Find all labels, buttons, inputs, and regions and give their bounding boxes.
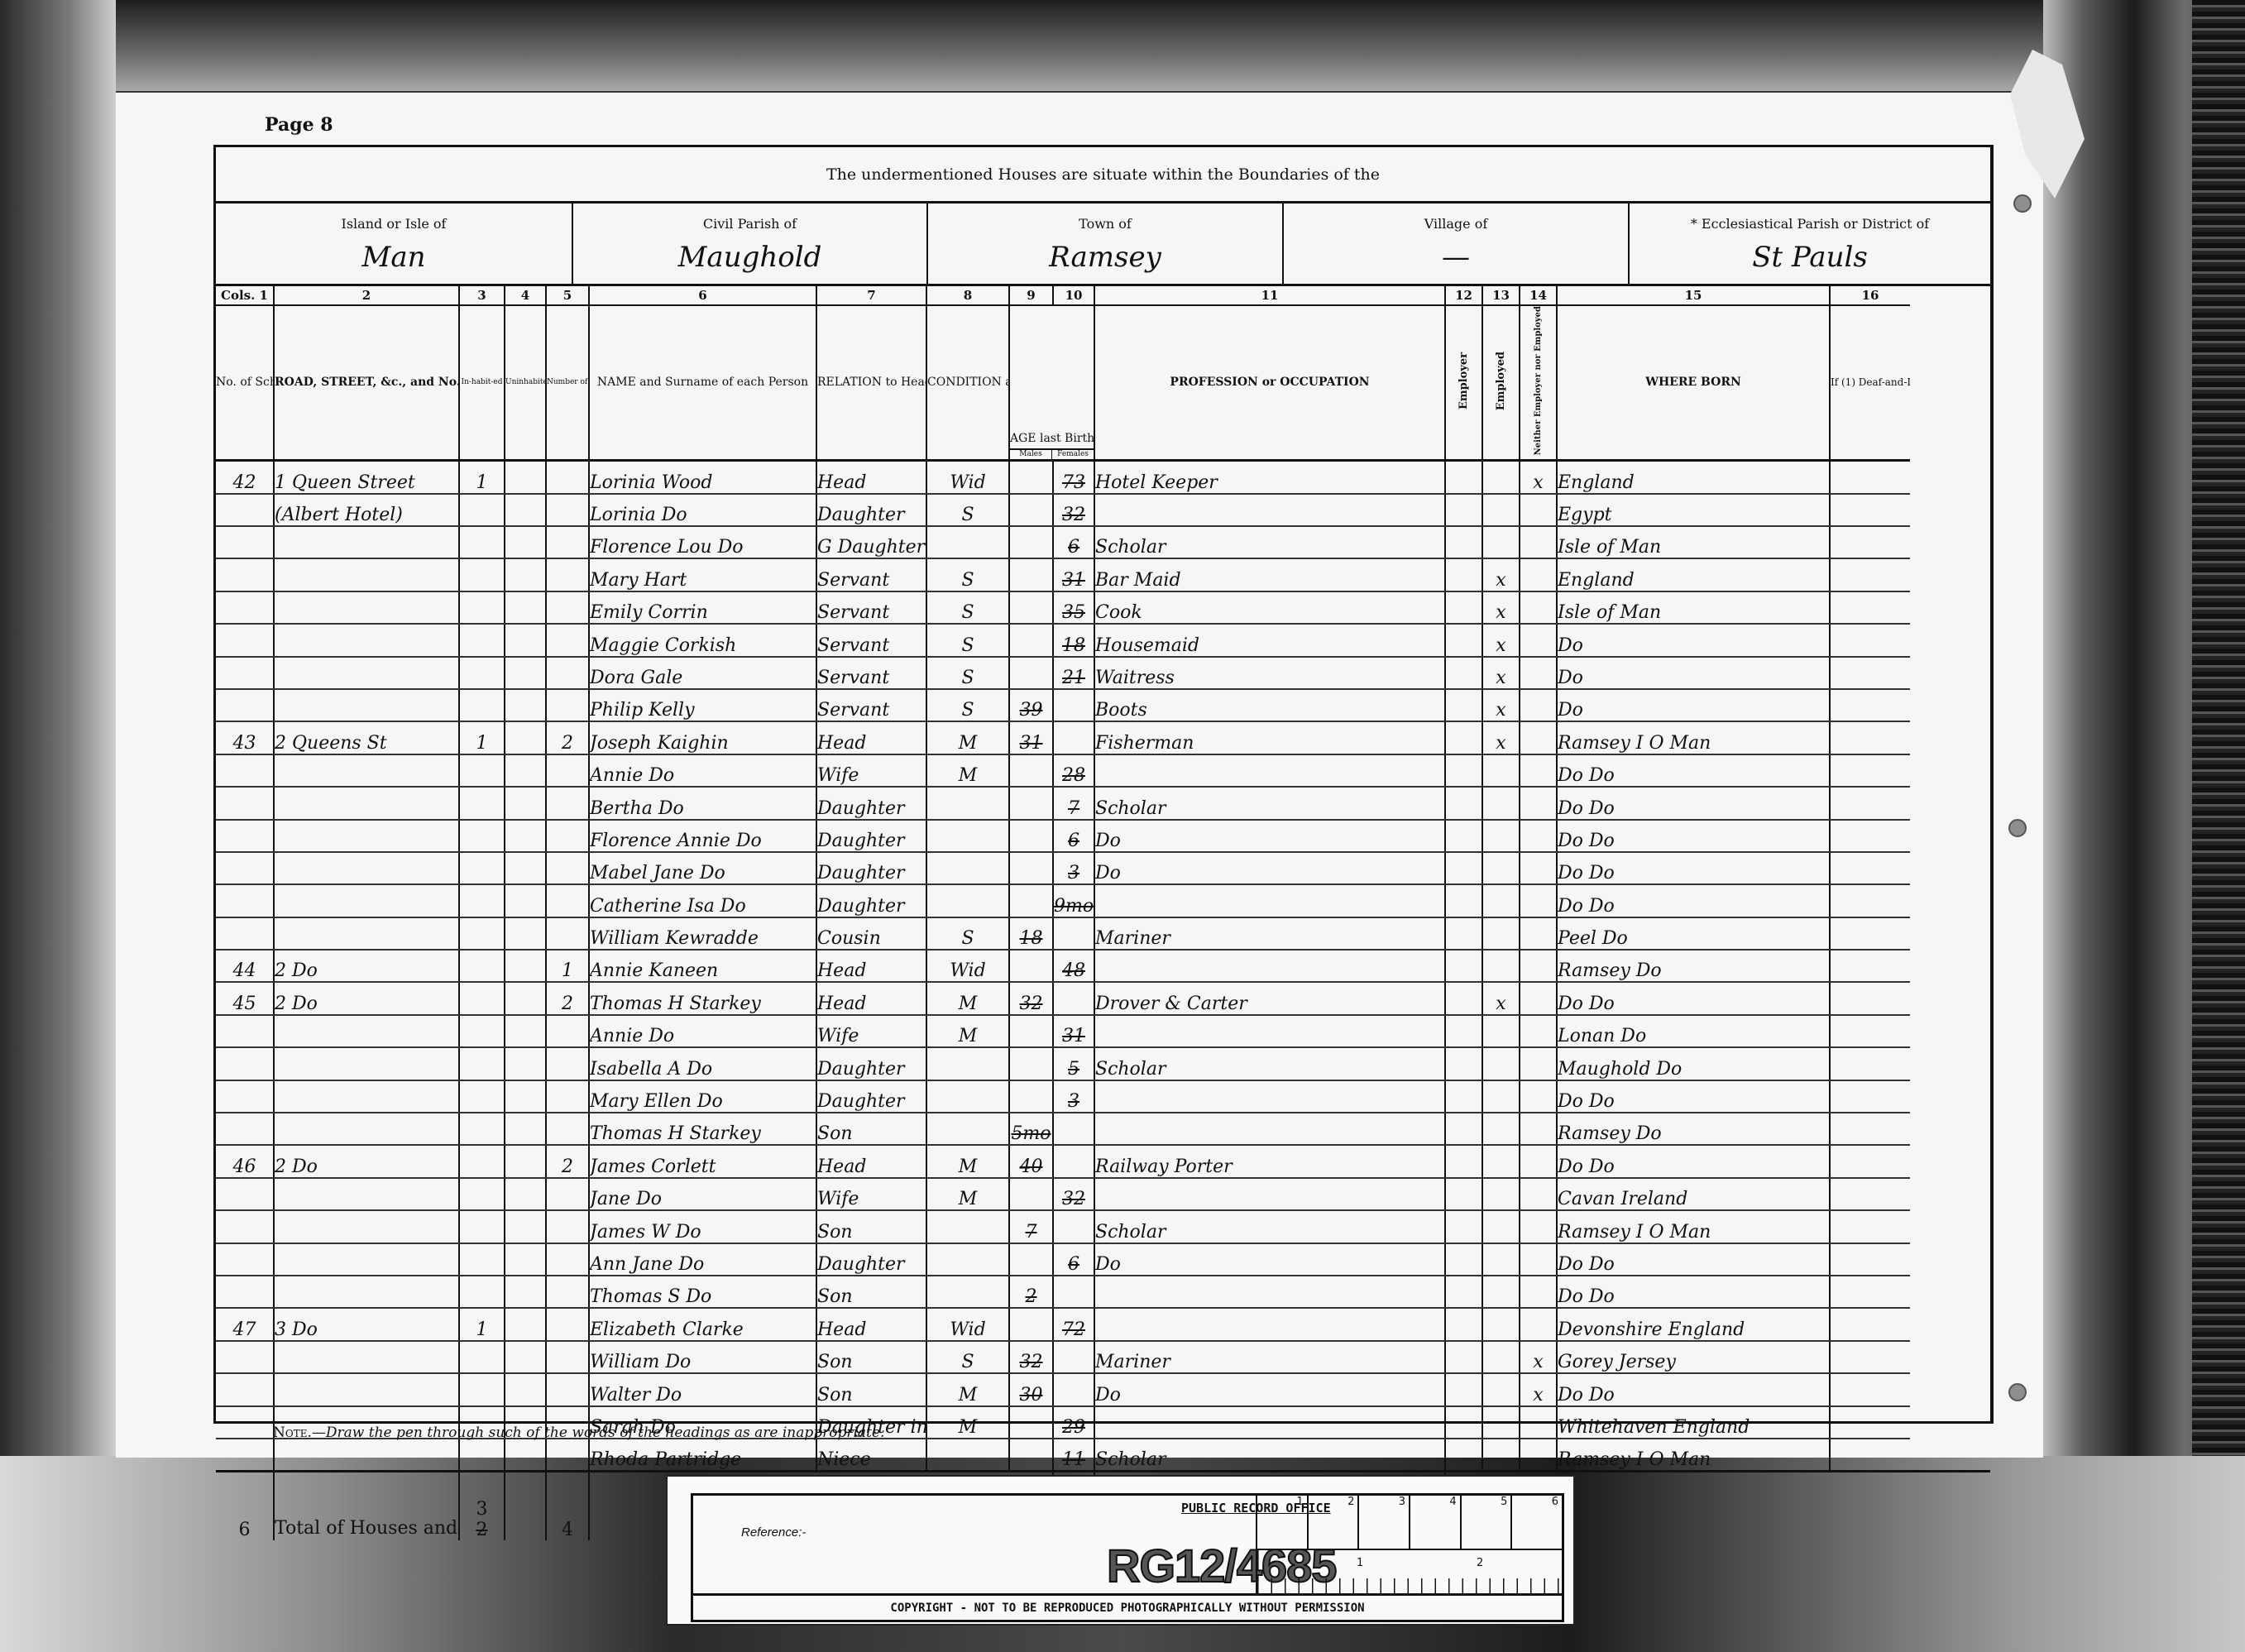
cell-relation: Son (816, 1276, 926, 1308)
cell-rooms: 1 (546, 950, 589, 982)
cell-infirmity (1830, 1341, 1910, 1373)
cell-employed (1482, 526, 1520, 558)
cell-infirmity (1830, 657, 1910, 689)
cell-road (274, 1243, 459, 1276)
cell-infirmity (1830, 1113, 1910, 1145)
cell-name: Jane Do (589, 1178, 816, 1210)
cell-neither (1520, 1113, 1557, 1145)
area-village: Village of — (1284, 201, 1630, 284)
cell-schedule (216, 754, 274, 787)
cell-neither (1520, 1439, 1557, 1472)
cell-female-age: 32 (1053, 494, 1094, 526)
table-row: Philip KellyServantS39BootsxDo (216, 689, 1990, 721)
cell-employed (1482, 1145, 1520, 1177)
cell-rooms (546, 657, 589, 689)
cell-where-born: Do Do (1557, 982, 1830, 1014)
cell-road: 2 Do (274, 982, 459, 1014)
cell-occupation (1094, 1276, 1445, 1308)
cell-neither (1520, 852, 1557, 884)
cell-employer (1445, 1276, 1482, 1308)
total-inhabited: 32 (459, 1472, 505, 1541)
cell-name: Philip Kelly (589, 689, 816, 721)
table-row: Thomas S DoSon2Do Do (216, 1276, 1990, 1308)
cell-inhabited (459, 1210, 505, 1243)
cell-relation: Daughter (816, 1080, 926, 1113)
cell-employed (1482, 1373, 1520, 1405)
table-row: 462 Do2James CorlettHeadM40Railway Porte… (216, 1145, 1990, 1177)
cell-employer (1445, 526, 1482, 558)
cell-male-age (1009, 1080, 1053, 1113)
cell-name: Bertha Do (589, 787, 816, 819)
scan-edge-stripes (2192, 0, 2245, 1652)
cell-inhabited (459, 624, 505, 656)
cell-male-age (1009, 657, 1053, 689)
binding-hole-icon (2008, 819, 2027, 837)
cell-name: Lorinia Do (589, 494, 816, 526)
cell-employer (1445, 1308, 1482, 1340)
cell-employer (1445, 1145, 1482, 1177)
cell-infirmity (1830, 1276, 1910, 1308)
cell-rooms (546, 591, 589, 624)
cell-inhabited (459, 1047, 505, 1080)
cell-schedule (216, 1406, 274, 1439)
cell-employer (1445, 1080, 1482, 1113)
area-town: Town of Ramsey (928, 201, 1284, 284)
cell-name: Maggie Corkish (589, 624, 816, 656)
cell-schedule: 47 (216, 1308, 274, 1340)
cell-condition: M (926, 1406, 1009, 1439)
cell-infirmity (1830, 689, 1910, 721)
cell-employer (1445, 591, 1482, 624)
cell-rooms (546, 494, 589, 526)
cell-infirmity (1830, 950, 1910, 982)
cell-schedule: 44 (216, 950, 274, 982)
table-row: Mary HartServantS31Bar MaidxEngland (216, 558, 1990, 591)
cell-female-age (1053, 1210, 1094, 1243)
cell-where-born: Do (1557, 689, 1830, 721)
cell-relation: Daughter (816, 852, 926, 884)
header-inhabited: In-habit-ed (459, 305, 505, 461)
cell-rooms (546, 1439, 589, 1472)
cell-employed (1482, 1080, 1520, 1113)
cell-condition: M (926, 1178, 1009, 1210)
cell-schedule: 42 (216, 461, 274, 494)
cell-uninhabited (505, 1276, 546, 1308)
cell-infirmity (1830, 1210, 1910, 1243)
cell-where-born: Do Do (1557, 1276, 1830, 1308)
cell-condition: S (926, 657, 1009, 689)
cell-female-age: 5 (1053, 1047, 1094, 1080)
cell-employer (1445, 461, 1482, 494)
column-numbers-row: Cols. 1 2 3 4 5 6 7 8 9 10 11 12 13 14 1… (216, 286, 1990, 305)
cell-relation: Son (816, 1113, 926, 1145)
cell-schedule (216, 657, 274, 689)
cell-female-age: 11 (1053, 1439, 1094, 1472)
cell-male-age (1009, 820, 1053, 852)
cell-schedule (216, 787, 274, 819)
cell-female-age: 9mo (1053, 884, 1094, 917)
cell-relation: Head (816, 950, 926, 982)
cell-female-age (1053, 917, 1094, 950)
header-rooms: Number of rooms occupied if less than fi… (546, 305, 589, 461)
cell-condition: M (926, 754, 1009, 787)
cell-name: Isabella A Do (589, 1047, 816, 1080)
cell-uninhabited (505, 820, 546, 852)
cell-employer (1445, 852, 1482, 884)
stamp-copyright: COPYRIGHT - NOT TO BE REPRODUCED PHOTOGR… (693, 1593, 1562, 1621)
header-relation: RELATION to Head of Family (816, 305, 926, 461)
cell-rooms (546, 884, 589, 917)
cell-uninhabited (505, 1178, 546, 1210)
cell-road (274, 787, 459, 819)
cell-occupation: Housemaid (1094, 624, 1445, 656)
cell-employer (1445, 1047, 1482, 1080)
cell-employed (1482, 820, 1520, 852)
cell-relation: Wife (816, 1178, 926, 1210)
binding-hole-icon (2013, 194, 2032, 213)
cell-uninhabited (505, 1439, 546, 1472)
cell-occupation (1094, 884, 1445, 917)
header-name: NAME and Surname of each Person (589, 305, 816, 461)
cell-road: (Albert Hotel) (274, 494, 459, 526)
cell-road (274, 852, 459, 884)
cell-schedule (216, 1439, 274, 1472)
cell-male-age (1009, 1047, 1053, 1080)
cell-condition: M (926, 1015, 1009, 1047)
cell-name: Annie Do (589, 754, 816, 787)
cell-road (274, 1047, 459, 1080)
cell-relation: Son (816, 1373, 926, 1405)
cell-uninhabited (505, 852, 546, 884)
table-row: Thomas H StarkeySon5moRamsey Do (216, 1113, 1990, 1145)
cell-infirmity (1830, 1178, 1910, 1210)
cell-schedule (216, 852, 274, 884)
cell-name: Annie Kaneen (589, 950, 816, 982)
cell-occupation (1094, 494, 1445, 526)
cell-female-age (1053, 1145, 1094, 1177)
cell-infirmity (1830, 754, 1910, 787)
binding-hole-icon (2008, 1383, 2027, 1401)
cell-road (274, 1113, 459, 1145)
cell-road (274, 657, 459, 689)
table-row: 473 Do1Elizabeth ClarkeHeadWid72Devonshi… (216, 1308, 1990, 1340)
cell-rooms (546, 1113, 589, 1145)
cell-occupation: Cook (1094, 591, 1445, 624)
cell-schedule: 43 (216, 721, 274, 754)
cell-male-age (1009, 494, 1053, 526)
cell-condition: S (926, 494, 1009, 526)
cell-road (274, 591, 459, 624)
cell-relation: Daughter (816, 884, 926, 917)
cell-condition: M (926, 982, 1009, 1014)
table-row: 442 Do1Annie KaneenHeadWid48Ramsey Do (216, 950, 1990, 982)
cell-male-age (1009, 787, 1053, 819)
cell-employer (1445, 754, 1482, 787)
cell-condition: S (926, 624, 1009, 656)
cell-employer (1445, 1373, 1482, 1405)
cell-neither: x (1520, 1341, 1557, 1373)
area-ecclesiastical-parish-value: St Pauls (1630, 241, 1990, 274)
cell-employed (1482, 1210, 1520, 1243)
census-table: Cols. 1 2 3 4 5 6 7 8 9 10 11 12 13 14 1… (216, 286, 1990, 1540)
cell-occupation: Fisherman (1094, 721, 1445, 754)
census-rows: 421 Queen Street1Lorinia WoodHeadWid73Ho… (216, 461, 1990, 1472)
cell-employed (1482, 1178, 1520, 1210)
table-row: Emily CorrinServantS35CookxIsle of Man (216, 591, 1990, 624)
cell-name: Lorinia Wood (589, 461, 816, 494)
cell-rooms (546, 820, 589, 852)
cell-condition (926, 1080, 1009, 1113)
cell-employer (1445, 1439, 1482, 1472)
cell-neither: x (1520, 1373, 1557, 1405)
cell-female-age: 28 (1053, 754, 1094, 787)
cell-schedule (216, 1113, 274, 1145)
cell-rooms (546, 1178, 589, 1210)
cell-employed (1482, 1406, 1520, 1439)
cell-neither (1520, 884, 1557, 917)
cell-female-age: 31 (1053, 1015, 1094, 1047)
cell-relation: Head (816, 982, 926, 1014)
cell-name: Rhoda Partridge (589, 1439, 816, 1472)
cell-name: Mary Hart (589, 558, 816, 591)
cell-schedule (216, 1015, 274, 1047)
table-row: Mabel Jane DoDaughter3DoDo Do (216, 852, 1990, 884)
cell-uninhabited (505, 461, 546, 494)
cell-where-born: Do Do (1557, 1145, 1830, 1177)
cell-uninhabited (505, 526, 546, 558)
cell-occupation: Railway Porter (1094, 1145, 1445, 1177)
cell-where-born: Do Do (1557, 852, 1830, 884)
cell-rooms (546, 787, 589, 819)
area-civil-parish: Civil Parish of Maughold (573, 201, 928, 284)
cell-employed: x (1482, 689, 1520, 721)
cell-female-age (1053, 1373, 1094, 1405)
cell-schedule (216, 591, 274, 624)
table-row: Ann Jane DoDaughter6DoDo Do (216, 1243, 1990, 1276)
cell-employed (1482, 1341, 1520, 1373)
cell-infirmity (1830, 526, 1910, 558)
cell-neither (1520, 1047, 1557, 1080)
cell-neither (1520, 1243, 1557, 1276)
cell-neither (1520, 591, 1557, 624)
cell-infirmity (1830, 1145, 1910, 1177)
table-row: Walter DoSonM30DoxDo Do (216, 1373, 1990, 1405)
cell-rooms (546, 754, 589, 787)
cell-where-born: Do (1557, 657, 1830, 689)
cell-where-born: Ramsey Do (1557, 1113, 1830, 1145)
cell-employer (1445, 657, 1482, 689)
cell-employed (1482, 1439, 1520, 1472)
cell-occupation (1094, 1015, 1445, 1047)
cell-relation: Head (816, 1145, 926, 1177)
cell-schedule (216, 494, 274, 526)
cell-employed (1482, 884, 1520, 917)
cell-male-age: 30 (1009, 1373, 1053, 1405)
cell-employer (1445, 1015, 1482, 1047)
cell-neither (1520, 982, 1557, 1014)
cell-name: Mary Ellen Do (589, 1080, 816, 1113)
cell-relation: Wife (816, 754, 926, 787)
cell-road (274, 558, 459, 591)
cell-occupation (1094, 1406, 1445, 1439)
cell-infirmity (1830, 820, 1910, 852)
cell-inhabited: 1 (459, 1308, 505, 1340)
cell-female-age: 48 (1053, 950, 1094, 982)
cell-occupation (1094, 754, 1445, 787)
cell-where-born: Ramsey I O Man (1557, 1210, 1830, 1243)
cell-road: 2 Queens St (274, 721, 459, 754)
cell-name: Ann Jane Do (589, 1243, 816, 1276)
cell-occupation: Drover & Carter (1094, 982, 1445, 1014)
table-row: Jane DoWifeM32Cavan Ireland (216, 1178, 1990, 1210)
cell-where-born: Devonshire England (1557, 1308, 1830, 1340)
cell-schedule (216, 689, 274, 721)
cell-occupation: Scholar (1094, 787, 1445, 819)
cell-uninhabited (505, 558, 546, 591)
cell-relation: Servant (816, 624, 926, 656)
cell-female-age: 35 (1053, 591, 1094, 624)
cell-where-born: Lonan Do (1557, 1015, 1830, 1047)
cell-uninhabited (505, 494, 546, 526)
cell-relation: Son (816, 1210, 926, 1243)
cell-neither (1520, 721, 1557, 754)
cell-male-age (1009, 852, 1053, 884)
cell-condition: Wid (926, 461, 1009, 494)
cell-rooms (546, 1243, 589, 1276)
cell-neither (1520, 624, 1557, 656)
cell-employer (1445, 624, 1482, 656)
cell-rooms (546, 1047, 589, 1080)
cell-rooms (546, 461, 589, 494)
cell-neither (1520, 494, 1557, 526)
total-rooms: 4 (546, 1472, 589, 1541)
cell-occupation: Scholar (1094, 1047, 1445, 1080)
cell-inhabited (459, 1439, 505, 1472)
cell-infirmity (1830, 461, 1910, 494)
cell-schedule (216, 1276, 274, 1308)
cell-road (274, 689, 459, 721)
cell-road (274, 1080, 459, 1113)
cell-occupation (1094, 1080, 1445, 1113)
cell-male-age: 32 (1009, 1341, 1053, 1373)
cell-uninhabited (505, 950, 546, 982)
cell-female-age: 32 (1053, 1178, 1094, 1210)
cell-infirmity (1830, 982, 1910, 1014)
census-form: The undermentioned Houses are situate wi… (213, 145, 1994, 1424)
cell-rooms: 2 (546, 1145, 589, 1177)
cell-employer (1445, 721, 1482, 754)
cell-male-age (1009, 1439, 1053, 1472)
cell-neither: x (1520, 461, 1557, 494)
cell-employed: x (1482, 982, 1520, 1014)
cell-where-born: Ramsey I O Man (1557, 721, 1830, 754)
table-row: Florence Annie DoDaughter6DoDo Do (216, 820, 1990, 852)
cell-neither (1520, 1406, 1557, 1439)
cell-neither (1520, 1308, 1557, 1340)
cell-inhabited (459, 884, 505, 917)
cell-employed (1482, 1276, 1520, 1308)
cell-rooms (546, 1015, 589, 1047)
cell-male-age: 39 (1009, 689, 1053, 721)
page-number: Page 8 (265, 114, 333, 136)
cell-where-born: Do (1557, 624, 1830, 656)
cell-schedule (216, 884, 274, 917)
cell-rooms: 2 (546, 721, 589, 754)
cell-schedule (216, 1047, 274, 1080)
cell-employed: x (1482, 558, 1520, 591)
cell-relation: Servant (816, 657, 926, 689)
cell-male-age: 2 (1009, 1276, 1053, 1308)
cell-male-age: 40 (1009, 1145, 1053, 1177)
cell-employer (1445, 884, 1482, 917)
cell-road (274, 884, 459, 917)
cell-male-age (1009, 1015, 1053, 1047)
cell-male-age (1009, 526, 1053, 558)
cell-road: 3 Do (274, 1308, 459, 1340)
header-occupation: PROFESSION or OCCUPATION (1094, 305, 1445, 461)
cell-name: Elizabeth Clarke (589, 1308, 816, 1340)
cell-employed (1482, 1015, 1520, 1047)
cell-condition (926, 820, 1009, 852)
header-schedule: No. of Schedule (216, 305, 274, 461)
cell-employer (1445, 1243, 1482, 1276)
cell-neither (1520, 1145, 1557, 1177)
cell-inhabited (459, 558, 505, 591)
cell-neither (1520, 950, 1557, 982)
cell-inhabited (459, 852, 505, 884)
cell-name: Thomas H Starkey (589, 982, 816, 1014)
cell-name: Dora Gale (589, 657, 816, 689)
cell-road (274, 526, 459, 558)
table-row: William KewraddeCousinS18MarinerPeel Do (216, 917, 1990, 950)
cell-name: Annie Do (589, 1015, 816, 1047)
cell-neither (1520, 526, 1557, 558)
area-island: Island or Isle of Man (216, 201, 573, 284)
cell-male-age (1009, 754, 1053, 787)
cell-inhabited (459, 1080, 505, 1113)
cell-female-age: 6 (1053, 820, 1094, 852)
cell-neither (1520, 1276, 1557, 1308)
area-header: Island or Isle of Man Civil Parish of Ma… (216, 201, 1990, 286)
cell-uninhabited (505, 1113, 546, 1145)
cell-inhabited (459, 1373, 505, 1405)
cell-condition (926, 1243, 1009, 1276)
ruler-cm: 123 456 (1257, 1496, 1563, 1550)
cell-employer (1445, 494, 1482, 526)
cell-occupation: Do (1094, 1243, 1445, 1276)
header-infirmity: If (1) Deaf-and-Dumb (2) Blind (3) Lunat… (1830, 305, 1910, 461)
cell-road (274, 820, 459, 852)
cell-name: Joseph Kaighin (589, 721, 816, 754)
cell-name: Florence Annie Do (589, 820, 816, 852)
cell-uninhabited (505, 754, 546, 787)
cell-inhabited (459, 591, 505, 624)
cell-schedule (216, 624, 274, 656)
cell-inhabited (459, 754, 505, 787)
cell-female-age: 6 (1053, 526, 1094, 558)
cell-inhabited (459, 917, 505, 950)
cell-male-age (1009, 1308, 1053, 1340)
cell-occupation: Scholar (1094, 1210, 1445, 1243)
scan-background-top (0, 0, 2245, 91)
cell-where-born: Cavan Ireland (1557, 1178, 1830, 1210)
header-employed: Employed (1482, 305, 1520, 461)
cell-uninhabited (505, 1080, 546, 1113)
cell-infirmity (1830, 852, 1910, 884)
cell-inhabited (459, 1276, 505, 1308)
cell-schedule (216, 1341, 274, 1373)
table-row: 452 Do2Thomas H StarkeyHeadM32Drover & C… (216, 982, 1990, 1014)
